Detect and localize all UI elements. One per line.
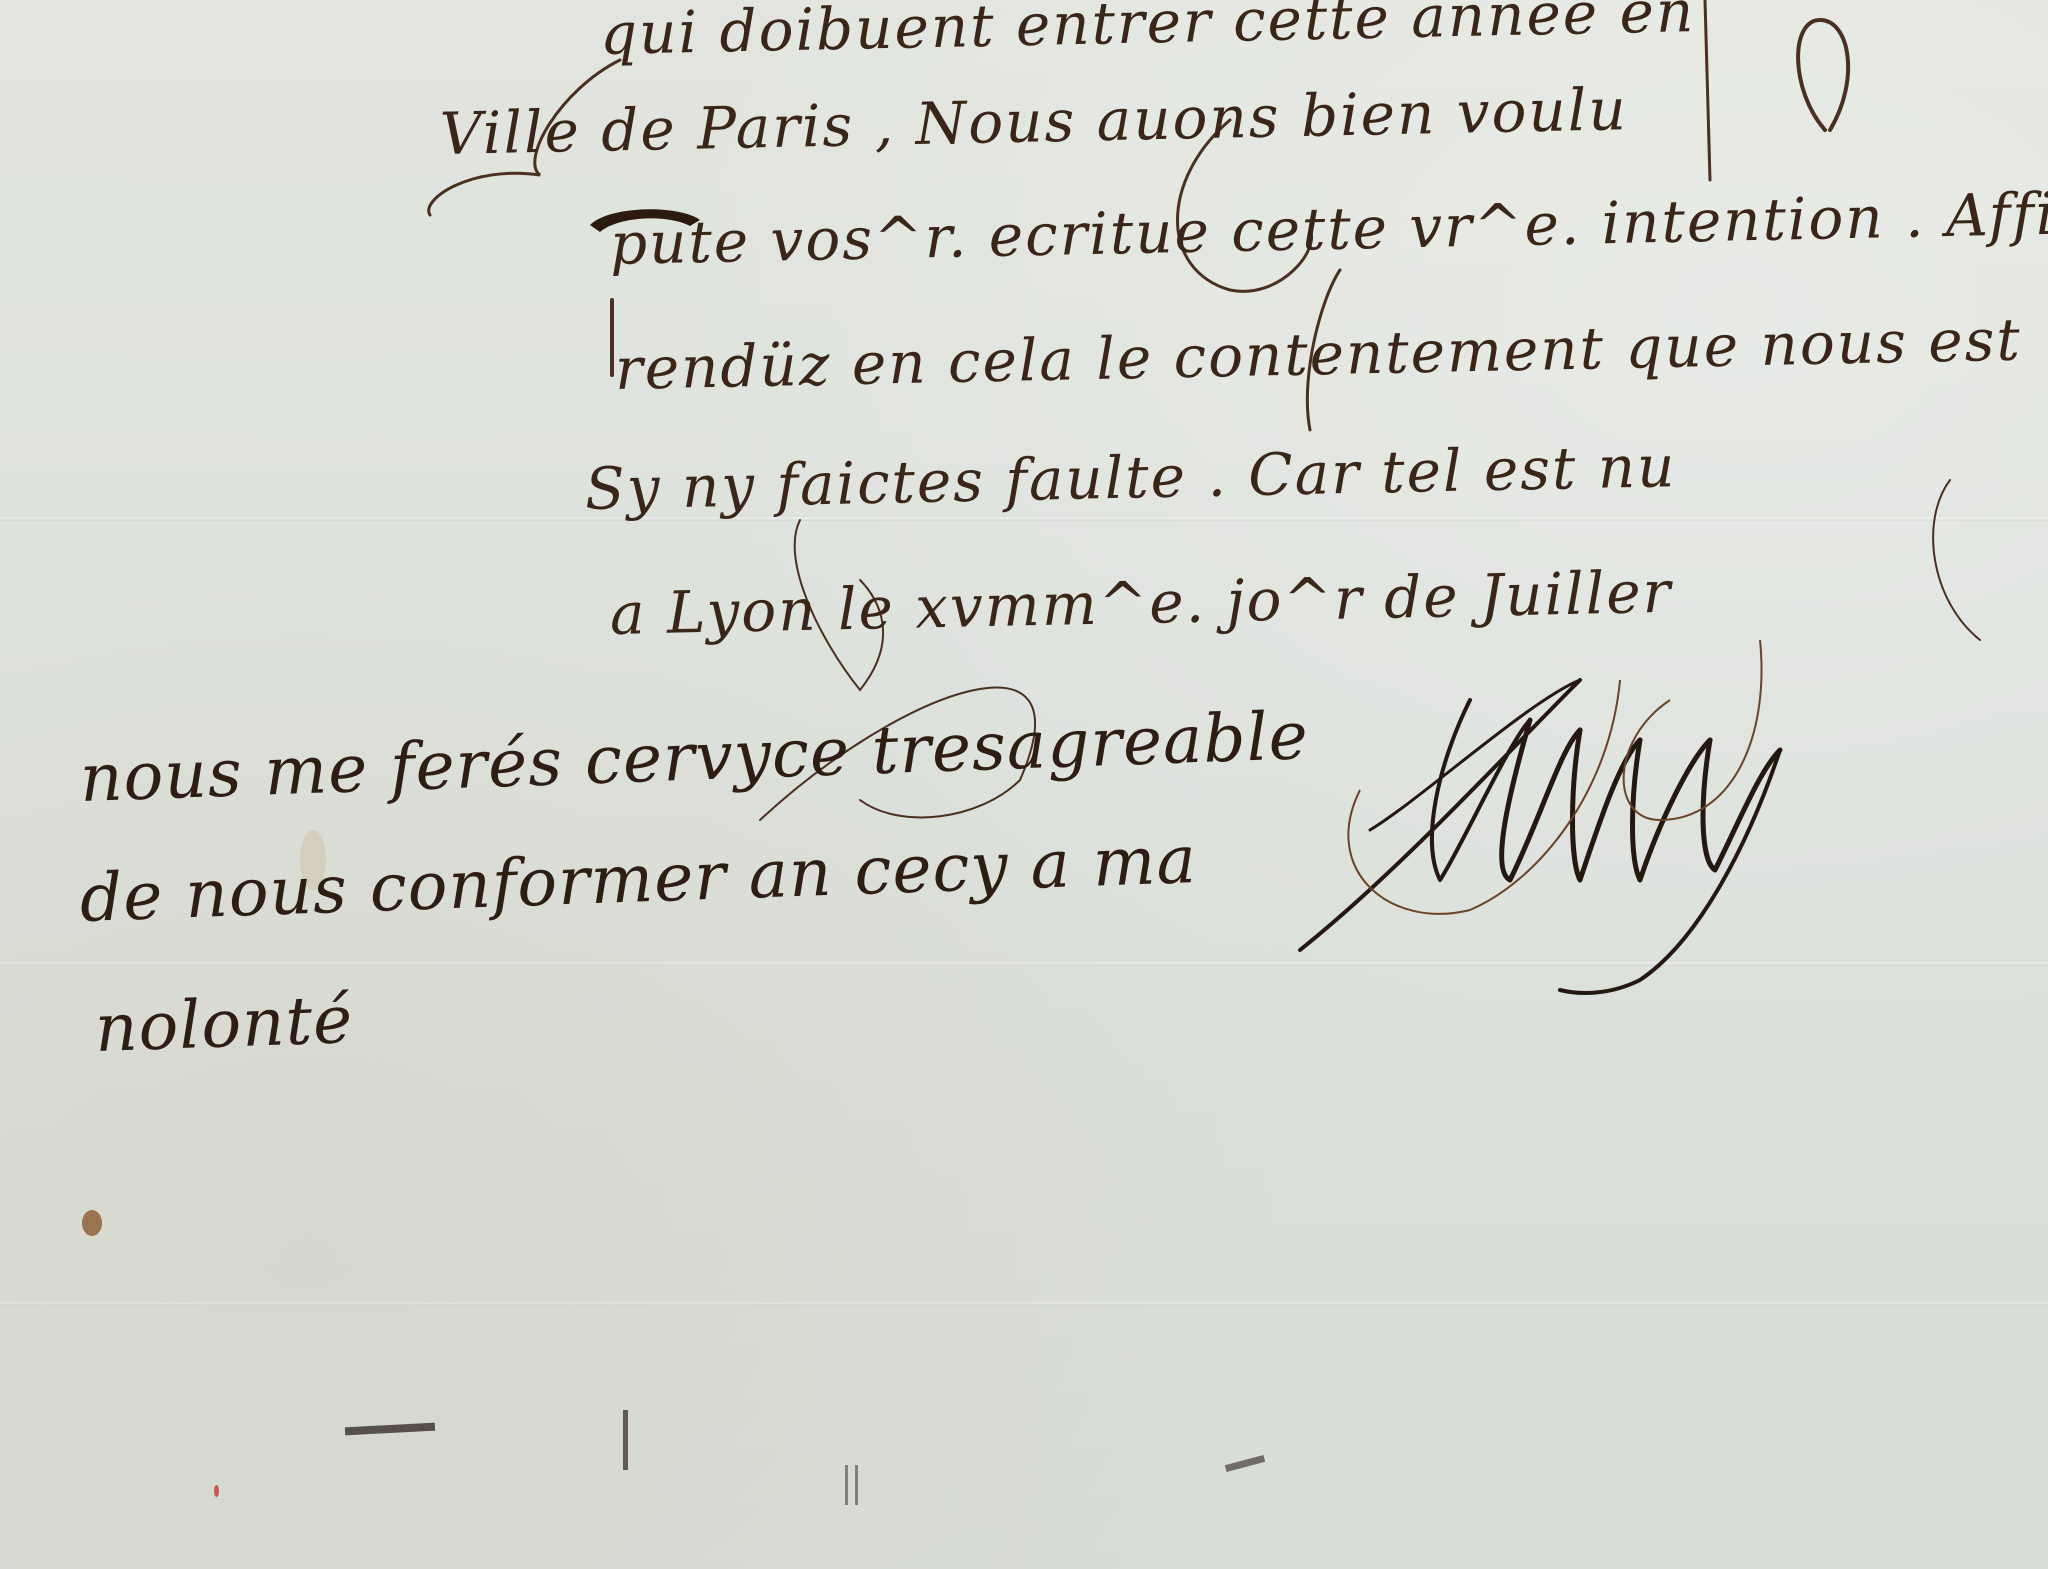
signature-henry-icon <box>1280 640 1960 1000</box>
ink-stain <box>82 1210 102 1236</box>
ink-mark <box>855 1465 858 1505</box>
paper-fold-line <box>0 515 2048 521</box>
ink-mark <box>845 1465 848 1505</box>
ink-mark <box>623 1410 628 1470</box>
red-speck <box>214 1485 219 1497</box>
royal-signature <box>1280 640 1960 1000</box>
signature-text: Henry <box>1420 760 1423 761</box>
postscript-line-3: nolonté <box>94 981 355 1067</box>
paper-fold-line <box>0 1300 2048 1306</box>
